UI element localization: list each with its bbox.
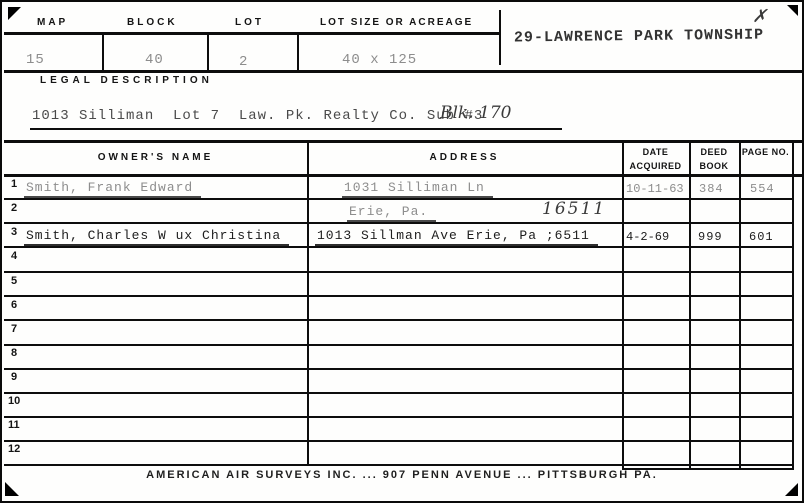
- address-text: Erie, Pa.: [347, 204, 436, 222]
- row-number: 7: [11, 323, 17, 335]
- column-rule: [689, 140, 691, 469]
- corner-mark-icon: [5, 482, 19, 496]
- row-rule: [4, 198, 792, 200]
- corner-mark-icon: [8, 7, 21, 20]
- page-no-header: PAGE NO.: [741, 146, 790, 160]
- address-text: 1013 Sillman Ave Erie, Pa ;6511: [315, 228, 598, 246]
- row-number: 10: [8, 395, 20, 407]
- address-text: 1031 Silliman Ln: [342, 180, 493, 198]
- deed-book-entry: 384: [699, 182, 724, 196]
- lot-value: 2: [239, 54, 248, 70]
- row-number: 8: [11, 347, 17, 359]
- page-no-entry: 601: [749, 230, 774, 244]
- row-rule: [4, 416, 792, 418]
- owner-name-text: Smith, Charles W ux Christina: [24, 228, 289, 246]
- rule: [297, 35, 299, 70]
- address-entry: 1031 Silliman Ln: [342, 180, 493, 195]
- corner-mark-icon: [787, 5, 798, 16]
- rule: [4, 70, 804, 73]
- address-entry: 1013 Sillman Ave Erie, Pa ;6511: [315, 228, 598, 243]
- date-acquired-header: DATE ACQUIRED: [624, 146, 687, 173]
- row-number: 3: [11, 226, 17, 238]
- row-rule: [4, 319, 792, 321]
- table-top-rule: [4, 140, 804, 143]
- handwritten-x-mark: ✗: [752, 6, 767, 27]
- corner-mark-icon: [785, 483, 798, 496]
- owner-name-entry: Smith, Frank Edward: [24, 180, 201, 195]
- date-acquired-entry: 10-11-63: [626, 182, 684, 196]
- legal-description-typed: 1013 Silliman Lot 7 Law. Pk. Realty Co. …: [32, 108, 483, 124]
- row-number: 1: [11, 178, 17, 190]
- row-number: 4: [11, 250, 17, 262]
- column-rule: [739, 140, 741, 469]
- owner-name-entry: Smith, Charles W ux Christina: [24, 228, 289, 243]
- row-number: 6: [11, 299, 17, 311]
- header-rule: [4, 174, 804, 177]
- address-header: ADDRESS: [307, 152, 622, 163]
- deed-book-entry: 999: [698, 230, 723, 244]
- row-number: 9: [11, 371, 17, 383]
- row-rule: [4, 368, 792, 370]
- page-no-entry: 554: [750, 182, 775, 196]
- rule: [4, 32, 499, 35]
- lot-label: LOT: [235, 17, 264, 28]
- township-title: 29-LAWRENCE PARK TOWNSHIP: [514, 26, 764, 46]
- surveyor-footer: AMERICAN AIR SURVEYS INC. ... 907 PENN A…: [2, 469, 802, 481]
- rule: [30, 128, 562, 130]
- row-number: 5: [11, 275, 17, 287]
- row-rule: [4, 295, 792, 297]
- owners-name-header: OWNER'S NAME: [4, 152, 307, 163]
- lot-size-label: LOT SIZE OR ACREAGE: [320, 17, 473, 28]
- legal-description-label: LEGAL DESCRIPTION: [40, 75, 213, 86]
- rule: [102, 35, 104, 70]
- row-number: 12: [8, 443, 20, 455]
- block-label: BLOCK: [127, 17, 178, 28]
- zip-handwritten: 16511: [542, 199, 606, 219]
- property-record-card: ✗ 29-LAWRENCE PARK TOWNSHIP MAP BLOCK LO…: [0, 0, 804, 503]
- row-rule: [4, 222, 792, 224]
- date-acquired-entry: 4-2-69: [626, 230, 669, 244]
- rule: [207, 35, 209, 70]
- row-number: 11: [8, 419, 20, 431]
- map-label: MAP: [37, 17, 68, 28]
- row-rule: [4, 246, 792, 248]
- row-rule: [4, 464, 792, 466]
- row-rule: [4, 392, 792, 394]
- lot-size-value: 40 x 125: [342, 52, 417, 68]
- column-rule: [622, 140, 624, 469]
- deed-book-header: DEED BOOK: [691, 146, 737, 173]
- column-rule: [792, 140, 794, 469]
- address-entry: Erie, Pa.: [347, 204, 436, 219]
- row-rule: [4, 344, 792, 346]
- rule: [499, 10, 501, 65]
- owner-name-text: Smith, Frank Edward: [24, 180, 201, 198]
- map-value: 15: [26, 52, 45, 68]
- legal-description-handwritten: Blk. 170: [440, 103, 512, 123]
- row-rule: [4, 440, 792, 442]
- row-rule: [4, 271, 792, 273]
- row-number: 2: [11, 202, 17, 214]
- block-value: 40: [145, 52, 164, 68]
